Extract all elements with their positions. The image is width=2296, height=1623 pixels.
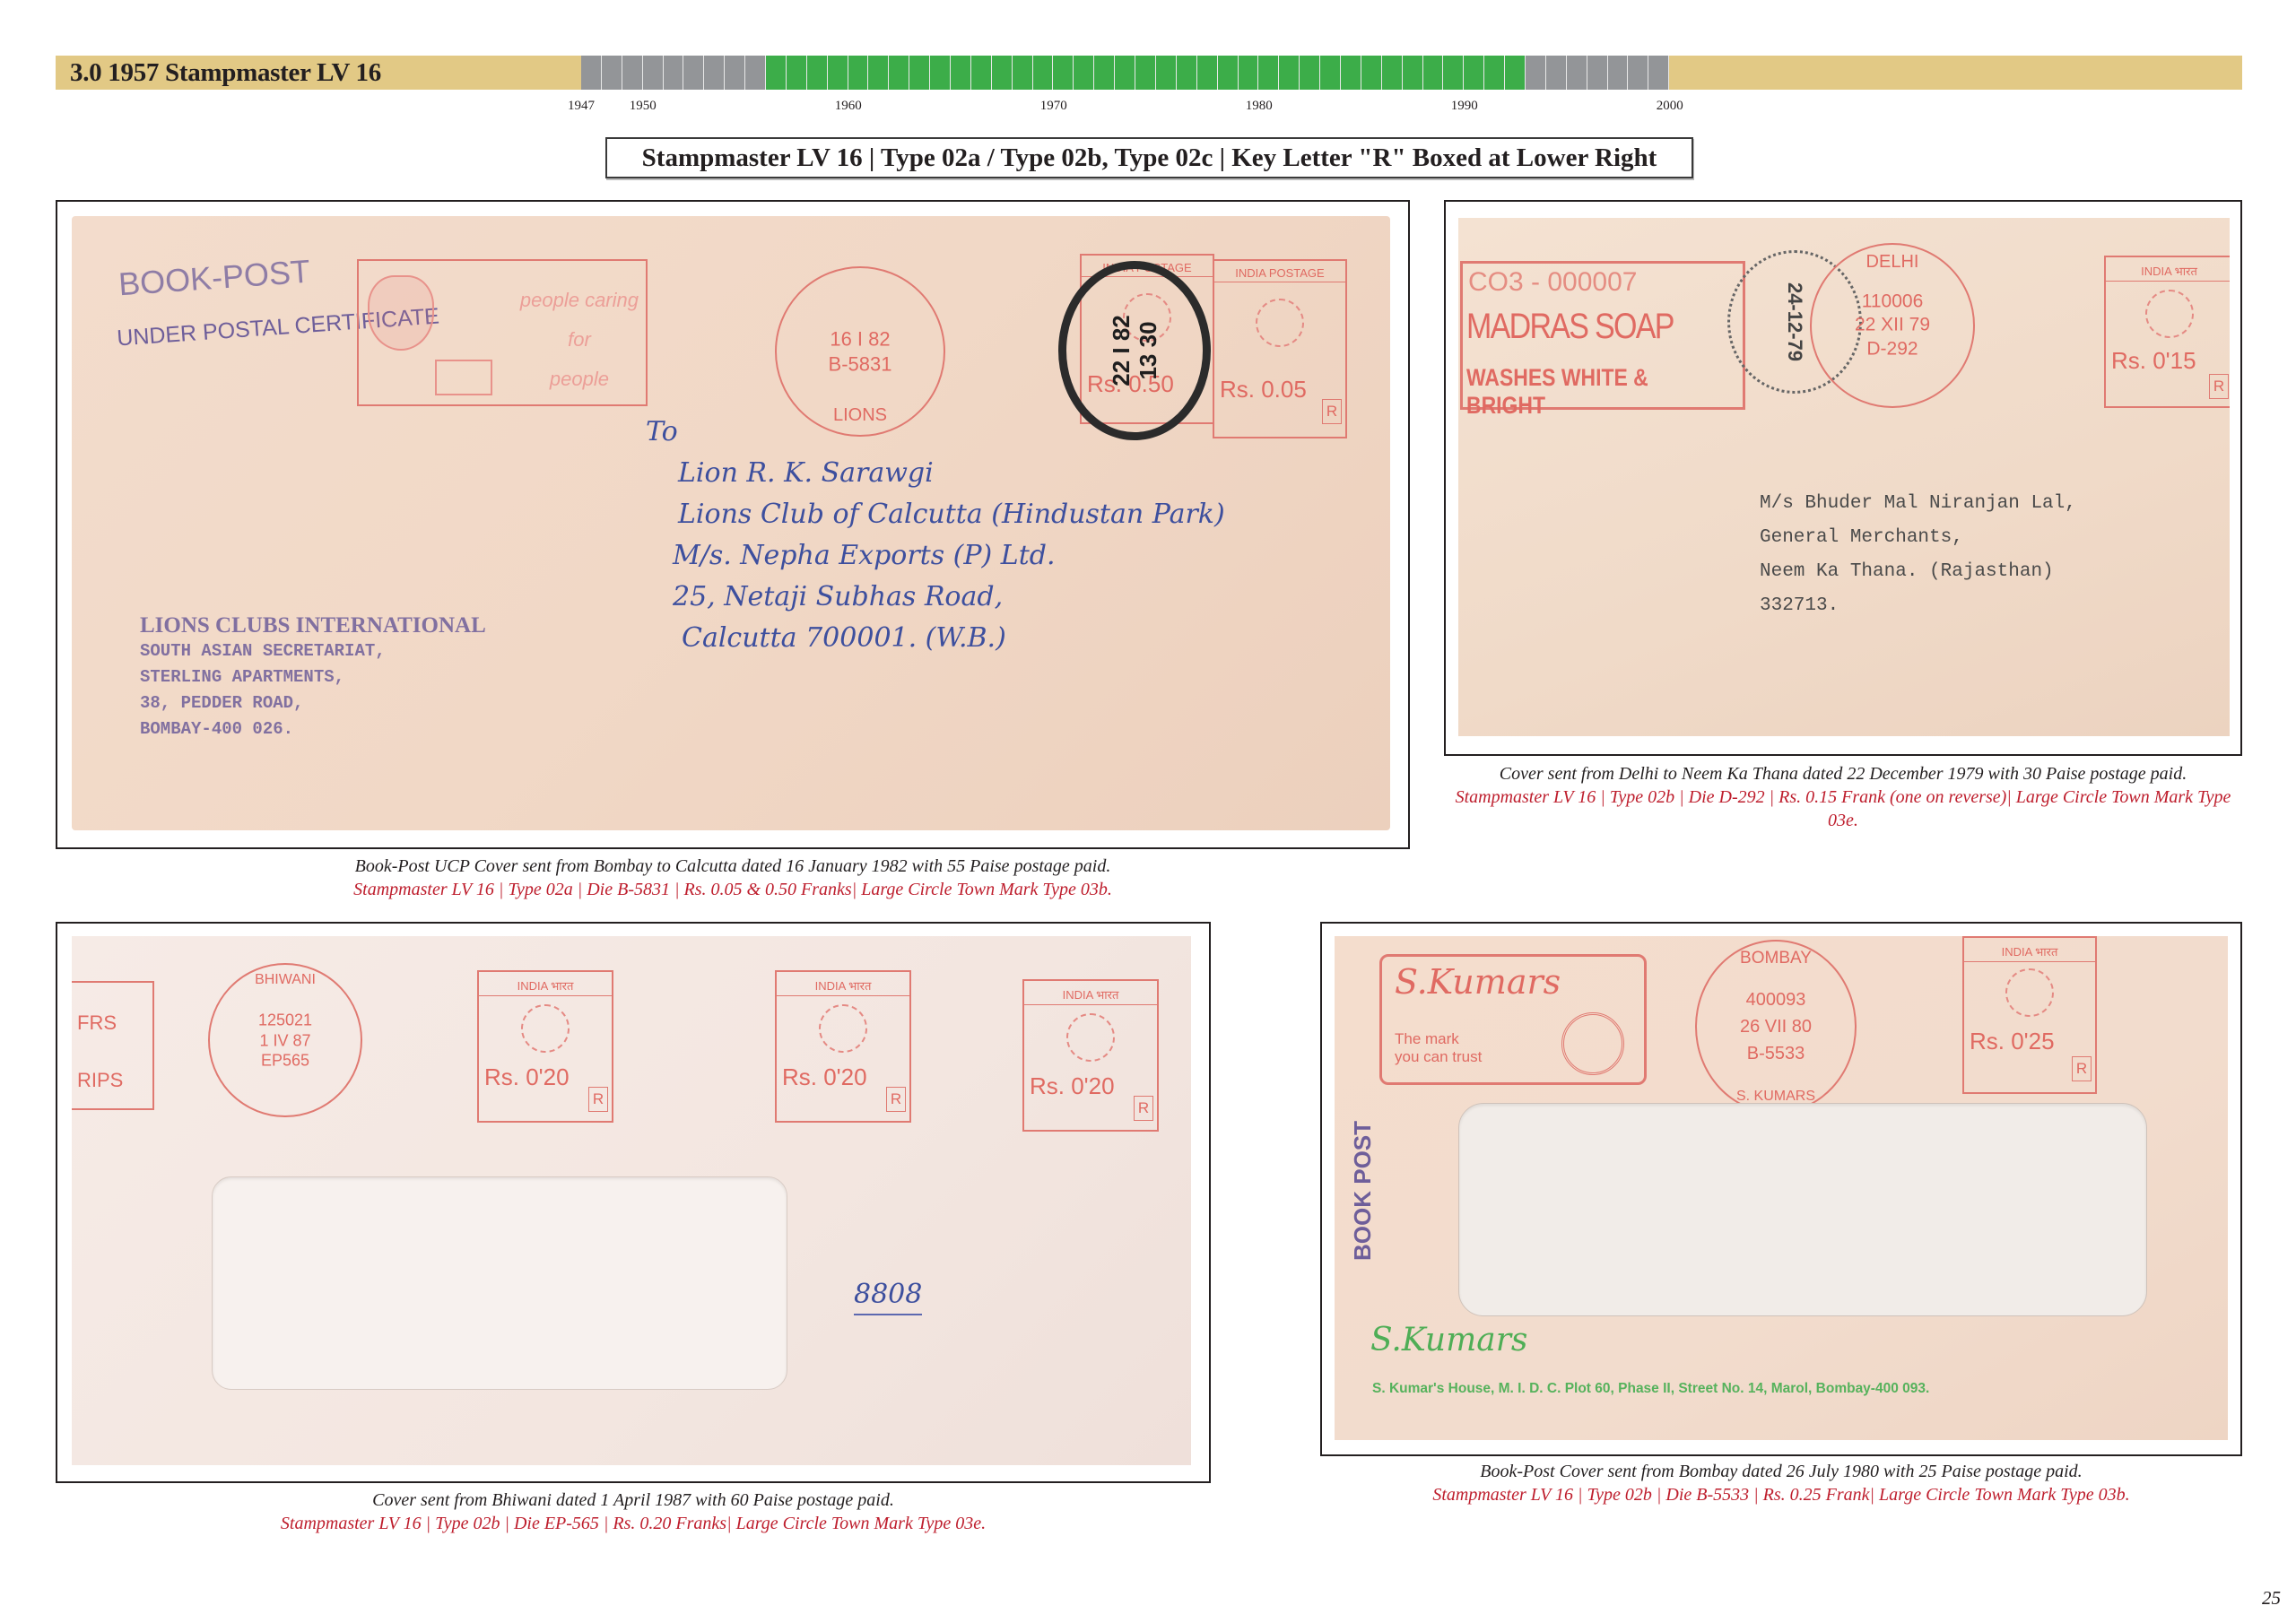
meter-frank-005: INDIA POSTAGE Rs. 0.05 R: [1213, 259, 1347, 438]
ashoka-chakra-icon: [2005, 968, 2054, 1017]
timeline-cell-1979: [1239, 56, 1259, 90]
timeline-cell-1991: [1484, 56, 1505, 90]
timeline-cell-1995: [1567, 56, 1587, 90]
timeline-cell-1992: [1505, 56, 1526, 90]
timeline-cell-1999: [1648, 56, 1669, 90]
envelope-window: [1458, 1103, 2147, 1316]
cover-image: CO3 - 000007 MADRAS SOAP WASHES WHITE & …: [1458, 218, 2230, 736]
timeline-cell-1976: [1177, 56, 1197, 90]
timeline-cell-1986: [1382, 56, 1403, 90]
timeline-cell-1960: [848, 56, 869, 90]
caption-bhiwani: Cover sent from Bhiwani dated 1 April 19…: [56, 1488, 1211, 1535]
slogan-box: S.Kumars The mark you can trust: [1379, 954, 1647, 1085]
brand-address: S. Kumar's House, M. I. D. C. Plot 60, P…: [1372, 1381, 1929, 1397]
envelope-window: [212, 1176, 787, 1390]
page-number: 25: [2262, 1587, 2281, 1610]
handwritten-note: 8808: [854, 1279, 922, 1315]
timeline-cell-1958: [807, 56, 828, 90]
timeline-cell-1967: [992, 56, 1013, 90]
timeline-cell-1984: [1341, 56, 1361, 90]
slogan-line: people: [520, 360, 639, 399]
timeline-cell-1963: [909, 56, 930, 90]
timeline-cell-1972: [1094, 56, 1115, 90]
ashoka-chakra-icon: [1256, 299, 1304, 347]
town-mark-die: B-5831: [829, 352, 892, 377]
timeline-cell-1964: [930, 56, 951, 90]
lions-emblem-icon: [368, 275, 434, 351]
timeline-cell-1971: [1074, 56, 1094, 90]
slogan-line: people caring: [520, 281, 639, 320]
timeline-cell-1978: [1218, 56, 1239, 90]
timeline-cell-1954: [725, 56, 745, 90]
ashoka-chakra-icon: [819, 1004, 867, 1053]
subtitle-box: Stampmaster LV 16 | Type 02a / Type 02b,…: [605, 137, 1693, 178]
timeline-cell-1977: [1197, 56, 1218, 90]
ashoka-chakra-icon: [521, 1004, 570, 1053]
book-post-handstamp: BOOK-POST: [117, 253, 311, 304]
timeline-year-label: 1950: [630, 99, 657, 114]
timeline-bar: [581, 56, 1669, 90]
timeline-cell-1998: [1628, 56, 1648, 90]
skumars-logo: S.Kumars: [1370, 1322, 1527, 1358]
cover-frame-bhiwani: FRS RIPS BHIWANI 125021 1 IV 87 EP565 IN…: [56, 922, 1211, 1483]
timeline-cell-1985: [1361, 56, 1382, 90]
timeline-cell-1969: [1033, 56, 1054, 90]
cover-frame-bombay-calcutta: BOOK-POST UNDER POSTAL CERTIFICATE peopl…: [56, 200, 1410, 849]
timeline-cell-1968: [1013, 56, 1033, 90]
slogan-line: for: [520, 320, 639, 360]
timeline-cell-1959: [828, 56, 848, 90]
key-letter-box: R: [2072, 1056, 2092, 1081]
town-mark-delhi: DELHI 110006 22 XII 79 D-292: [1810, 243, 1975, 408]
timeline-cell-1994: [1546, 56, 1567, 90]
timeline-cell-1989: [1443, 56, 1464, 90]
timeline-year-label: 1990: [1451, 99, 1478, 114]
timeline-cell-1988: [1423, 56, 1444, 90]
timeline-cell-1953: [704, 56, 725, 90]
cover-image: BOOK-POST UNDER POSTAL CERTIFICATE peopl…: [72, 216, 1390, 830]
key-letter-box: R: [1322, 399, 1342, 424]
handshake-icon: [435, 360, 492, 395]
timeline-cell-1955: [745, 56, 766, 90]
timeline-cell-1983: [1320, 56, 1341, 90]
recipient-address: To Lion R. K. Sarawgi Lions Club of Calc…: [646, 412, 1225, 659]
meter-frank-020-2: INDIA भारत Rs. 0'20 R: [775, 970, 911, 1123]
timeline-cell-1962: [889, 56, 909, 90]
timeline-cell-1949: [622, 56, 643, 90]
timeline-cell-1993: [1526, 56, 1546, 90]
town-mark-date: 16 I 82: [829, 327, 892, 352]
timeline-cell-1990: [1464, 56, 1484, 90]
sender-address: LIONS CLUBS INTERNATIONAL SOUTH ASIAN SE…: [140, 612, 486, 742]
timeline-cell-1973: [1115, 56, 1135, 90]
timeline-cell-1948: [602, 56, 622, 90]
timeline-cell-1981: [1279, 56, 1300, 90]
caption-bombay-skumars: Book-Post Cover sent from Bombay dated 2…: [1320, 1460, 2242, 1506]
meter-frank-015: INDIA भारत Rs. 0'15 R: [2104, 256, 2230, 408]
timeline-cell-1956: [766, 56, 787, 90]
caption-bombay-calcutta: Book-Post UCP Cover sent from Bombay to …: [56, 855, 1410, 901]
ashoka-chakra-icon: [2145, 290, 2194, 338]
timeline-cell-1961: [868, 56, 889, 90]
key-letter-box: R: [886, 1087, 906, 1112]
timeline-cell-1957: [787, 56, 807, 90]
skumars-slogan-logo: S.Kumars: [1395, 962, 1561, 1002]
slogan-box-fragment: FRS RIPS: [72, 981, 154, 1110]
timeline-cell-1975: [1156, 56, 1177, 90]
timeline-cell-1982: [1300, 56, 1320, 90]
section-title: 3.0 1957 Stampmaster LV 16: [70, 56, 381, 90]
ashoka-chakra-icon: [1066, 1013, 1115, 1062]
timeline-cell-1965: [951, 56, 971, 90]
key-letter-box: R: [588, 1087, 608, 1112]
timeline-year-label: 2000: [1657, 99, 1683, 114]
timeline-cell-1966: [971, 56, 992, 90]
key-letter-box: R: [1134, 1096, 1153, 1121]
timeline-year-label: 1970: [1040, 99, 1067, 114]
cover-frame-delhi-neem-ka-thana: CO3 - 000007 MADRAS SOAP WASHES WHITE & …: [1444, 200, 2242, 756]
timeline-cell-1997: [1608, 56, 1629, 90]
timeline-cell-1996: [1587, 56, 1608, 90]
timeline-cell-1947: [581, 56, 602, 90]
cover-image: S.Kumars The mark you can trust BOMBAY 4…: [1335, 936, 2228, 1440]
meter-frank-020-3: INDIA भारत Rs. 0'20 R: [1022, 979, 1159, 1132]
meter-frank-020-1: INDIA भारत Rs. 0'20 R: [477, 970, 613, 1123]
timeline-cell-1987: [1403, 56, 1423, 90]
timeline-cell-1970: [1053, 56, 1074, 90]
timeline-year-label: 1947: [568, 99, 595, 114]
timeline-cell-1951: [664, 56, 684, 90]
meter-frank-025: INDIA भारत Rs. 0'25 R: [1962, 936, 2097, 1094]
timeline-cell-1950: [643, 56, 664, 90]
timeline-year-label: 1960: [835, 99, 862, 114]
medal-emblem-icon: [1561, 1012, 1624, 1075]
timeline-cell-1952: [683, 56, 704, 90]
town-mark-bombay: BOMBAY 400093 26 VII 80 B-5533 S. KUMARS: [1695, 940, 1857, 1114]
cover-frame-bombay-skumars: S.Kumars The mark you can trust BOMBAY 4…: [1320, 922, 2242, 1456]
book-post-label: BOOK POST: [1349, 1121, 1377, 1261]
timeline-year-label: 1980: [1246, 99, 1273, 114]
timeline-cell-1980: [1258, 56, 1279, 90]
subtitle-text: Stampmaster LV 16 | Type 02a / Type 02b,…: [642, 143, 1657, 173]
slogan-box: people caring for people: [357, 259, 648, 406]
timeline-cell-1974: [1135, 56, 1156, 90]
cover-image: FRS RIPS BHIWANI 125021 1 IV 87 EP565 IN…: [72, 936, 1191, 1465]
town-mark-bhiwani: BHIWANI 125021 1 IV 87 EP565: [208, 963, 362, 1117]
caption-delhi-neem-ka-thana: Cover sent from Delhi to Neem Ka Thana d…: [1444, 762, 2242, 832]
slogan-box: CO3 - 000007 MADRAS SOAP WASHES WHITE & …: [1460, 261, 1745, 410]
key-letter-box: R: [2209, 374, 2229, 399]
recipient-address: M/s Bhuder Mal Niranjan Lal, General Mer…: [1760, 487, 2076, 623]
